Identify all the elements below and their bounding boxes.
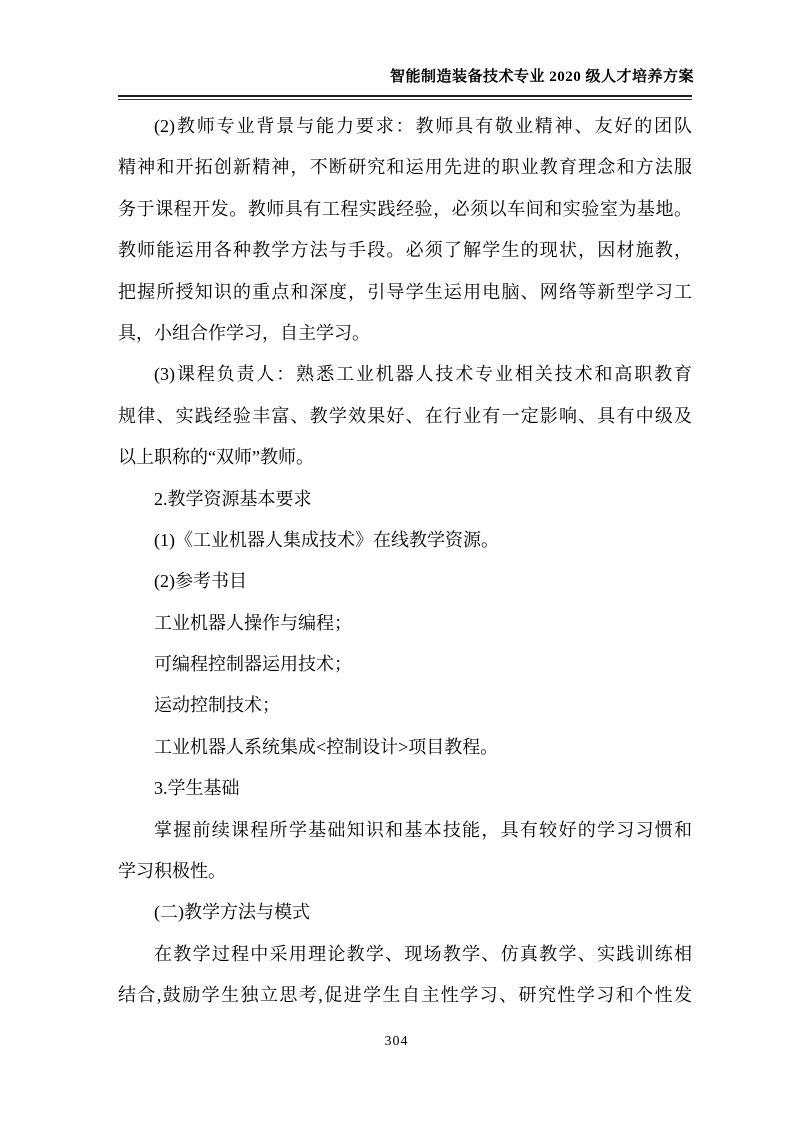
body-line: 教师能运用各种教学方法与手段。必须了解学生的现状，因材施教， [118, 230, 692, 271]
body-line: (二)教学方法与模式 [118, 892, 692, 933]
body-line: 精神和开拓创新精神，不断研究和运用先进的职业教育理念和方法服 [118, 147, 692, 188]
body-line: 工业机器人系统集成<控制设计>项目教程。 [118, 727, 692, 768]
body-line: (1)《工业机器人集成技术》在线教学资源。 [118, 520, 692, 561]
body-line: 在教学过程中采用理论教学、现场教学、仿真教学、实践训练相 [118, 934, 692, 975]
body-line: 学习积极性。 [118, 851, 692, 892]
document-page: 智能制造装备技术专业 2020 级人才培养方案 (2)教师专业背景与能力要求：教… [0, 0, 793, 1122]
body-line: (3)课程负责人：熟悉工业机器人技术专业相关技术和高职教育 [118, 354, 692, 395]
page-number: 304 [0, 1034, 793, 1050]
body-line: (2)教师专业背景与能力要求：教师具有敬业精神、友好的团队 [118, 106, 692, 147]
body-line: 运动控制技术； [118, 685, 692, 726]
header-title: 智能制造装备技术专业 2020 级人才培养方案 [390, 65, 694, 86]
body-line: 以上职称的“双师”教师。 [118, 437, 692, 478]
body-line: 3.学生基础 [118, 768, 692, 809]
body-line: 工业机器人操作与编程； [118, 603, 692, 644]
body-line: 务于课程开发。教师具有工程实践经验，必须以车间和实验室为基地。 [118, 189, 692, 230]
header-divider [118, 95, 692, 100]
body-line: 把握所授知识的重点和深度，引导学生运用电脑、网络等新型学习工 [118, 272, 692, 313]
body-line: 具，小组合作学习，自主学习。 [118, 313, 692, 354]
body-line: 规律、实践经验丰富、教学效果好、在行业有一定影响、具有中级及 [118, 396, 692, 437]
body-line: (2)参考书目 [118, 561, 692, 602]
body-line: 结合,鼓励学生独立思考,促进学生自主性学习、研究性学习和个性发 [118, 975, 692, 1016]
body-line: 2.教学资源基本要求 [118, 479, 692, 520]
body-text: (2)教师专业背景与能力要求：教师具有敬业精神、友好的团队精神和开拓创新精神，不… [118, 106, 692, 1017]
body-line: 掌握前续课程所学基础知识和基本技能，具有较好的学习习惯和 [118, 810, 692, 851]
body-line: 可编程控制器运用技术； [118, 644, 692, 685]
